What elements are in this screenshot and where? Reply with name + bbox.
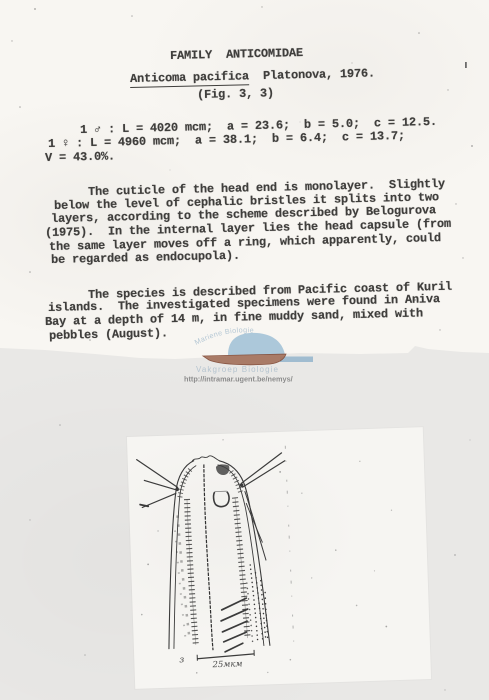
panel-label: з bbox=[179, 655, 184, 665]
measurement-line-vulva: V = 43.0%. bbox=[45, 150, 115, 164]
lip-region bbox=[192, 455, 220, 461]
figure-paper: 25мкм з bbox=[127, 427, 431, 689]
cervical-setae bbox=[220, 598, 249, 652]
family-title: FAMILY ANTICOMIDAE bbox=[170, 47, 303, 62]
scanned-document: FAMILY ANTICOMIDAE Anticoma pacifica Pla… bbox=[0, 0, 489, 365]
paragraph1-line: be regarded as endocupola). bbox=[51, 250, 240, 266]
scale-label: 25мкм bbox=[211, 659, 242, 670]
head-capsule-line bbox=[245, 490, 266, 561]
watermark-logo-bar bbox=[280, 357, 313, 363]
scanned-page: FAMILY ANTICOMIDAE Anticoma pacifica Pla… bbox=[0, 0, 489, 700]
species-name: Anticoma pacifica bbox=[130, 69, 249, 88]
scan-noise-figure bbox=[135, 434, 397, 678]
paragraph2-line: pebbles (August). bbox=[49, 327, 168, 342]
buccal-cavity bbox=[216, 464, 230, 475]
watermark-department-text: Vakgroep Biologie bbox=[196, 365, 279, 374]
nemys-watermark: Mariene Biologie Vakgroep Biologie http:… bbox=[182, 315, 334, 385]
species-author: Platonova, 1976. bbox=[249, 66, 375, 83]
scan-artifact-line bbox=[285, 446, 294, 650]
cephalic-setae-right bbox=[239, 453, 286, 488]
watermark-logo-sail bbox=[228, 333, 285, 355]
head-outline bbox=[163, 454, 270, 649]
esophagus-line bbox=[203, 464, 213, 650]
amphid bbox=[213, 491, 229, 507]
species-heading: Anticoma pacifica Platonova, 1976. bbox=[130, 67, 375, 85]
cephalic-setae-left bbox=[137, 458, 180, 507]
watermark-logo-hull bbox=[203, 354, 286, 365]
watermark-url-text: http://intramar.ugent.be/nemys/ bbox=[184, 375, 293, 384]
figure-reference: (Fig. 3, 3) bbox=[197, 87, 274, 101]
nematode-head-drawing: 25мкм з bbox=[127, 427, 431, 689]
